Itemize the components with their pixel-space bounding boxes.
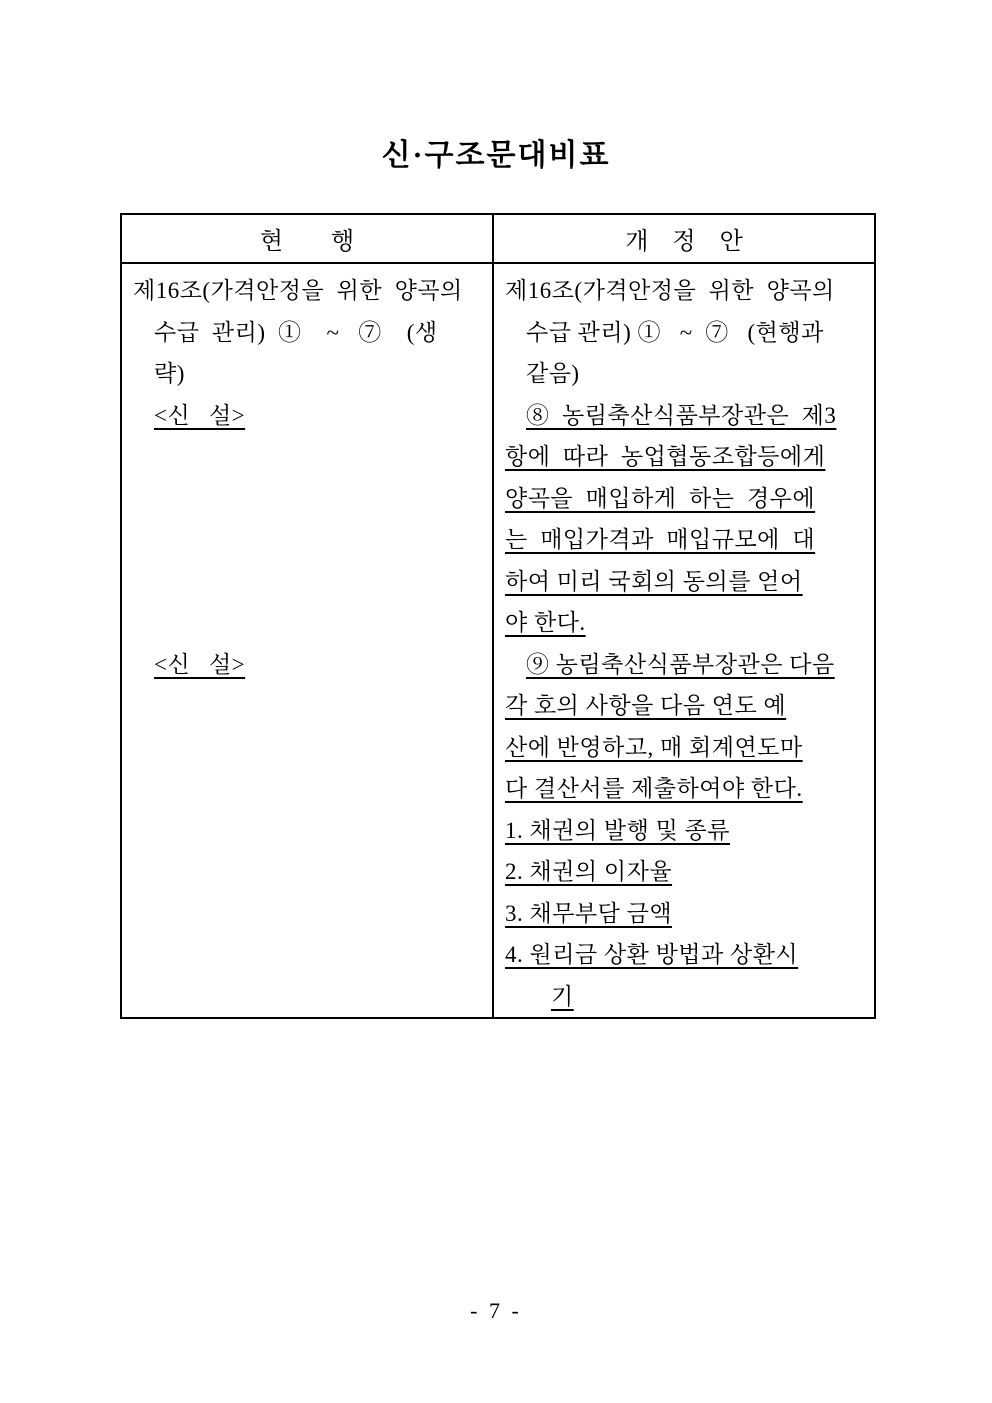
text-line: 제16조(가격안정을 위한 양곡의 [505,270,866,312]
text-line: ⑧ 농림축산식품부장관은 제3 [505,395,866,437]
blank-line [133,561,484,603]
text-line: 항에 따라 농업협동조합등에게 [505,436,866,478]
text-line: 다 결산서를 제출하여야 한다. [505,768,866,810]
list-item-line: 3. 채무부담 금액 [505,893,866,935]
table-header-row: 현 행 개 정 안 [122,215,874,264]
blank-line [133,519,484,561]
table-body-row: 제16조(가격안정을 위한 양곡의 수급 관리) ① ~ ⑦ (생 략) <신 … [122,264,874,1017]
blank-line [133,602,484,644]
new-provision-marker: <신 설> [133,395,484,437]
text-line: 야 한다. [505,602,866,644]
document-page: 신·구조문대비표 현 행 개 정 안 제16조(가격안정을 위한 양곡의 수급 … [0,0,992,1403]
header-revised: 개 정 안 [494,215,874,262]
text-line: 하여 미리 국회의 동의를 얻어 [505,561,866,603]
list-item-line: 기 [505,976,866,1018]
list-item-line: 4. 원리금 상환 방법과 상환시 [505,934,866,976]
text-line: 제16조(가격안정을 위한 양곡의 [133,270,484,312]
text-line: 산에 반영하고, 매 회계연도마 [505,727,866,769]
comparison-table: 현 행 개 정 안 제16조(가격안정을 위한 양곡의 수급 관리) ① ~ ⑦… [120,213,876,1019]
header-current: 현 행 [122,215,494,262]
text-line: 수급 관리) ① ~ ⑦ (현행과 [505,312,866,354]
current-column: 제16조(가격안정을 위한 양곡의 수급 관리) ① ~ ⑦ (생 략) <신 … [122,264,494,1017]
text-line: 략) [133,353,484,395]
text-line: 같음) [505,353,866,395]
list-item-line: 2. 채권의 이자율 [505,851,866,893]
blank-line [133,436,484,478]
blank-line [133,478,484,520]
page-title: 신·구조문대비표 [0,130,992,174]
new-provision-marker: <신 설> [133,644,484,686]
text-line: 는 매입가격과 매입규모에 대 [505,519,866,561]
page-number: - 7 - [0,1298,992,1324]
text-line: 수급 관리) ① ~ ⑦ (생 [133,312,484,354]
text-line: 양곡을 매입하게 하는 경우에 [505,478,866,520]
text-line: 각 호의 사항을 다음 연도 예 [505,685,866,727]
text-line: ⑨ 농림축산식품부장관은 다음 [505,644,866,686]
revised-column: 제16조(가격안정을 위한 양곡의 수급 관리) ① ~ ⑦ (현행과 같음) … [494,264,874,1017]
list-item-line: 1. 채권의 발행 및 종류 [505,810,866,852]
